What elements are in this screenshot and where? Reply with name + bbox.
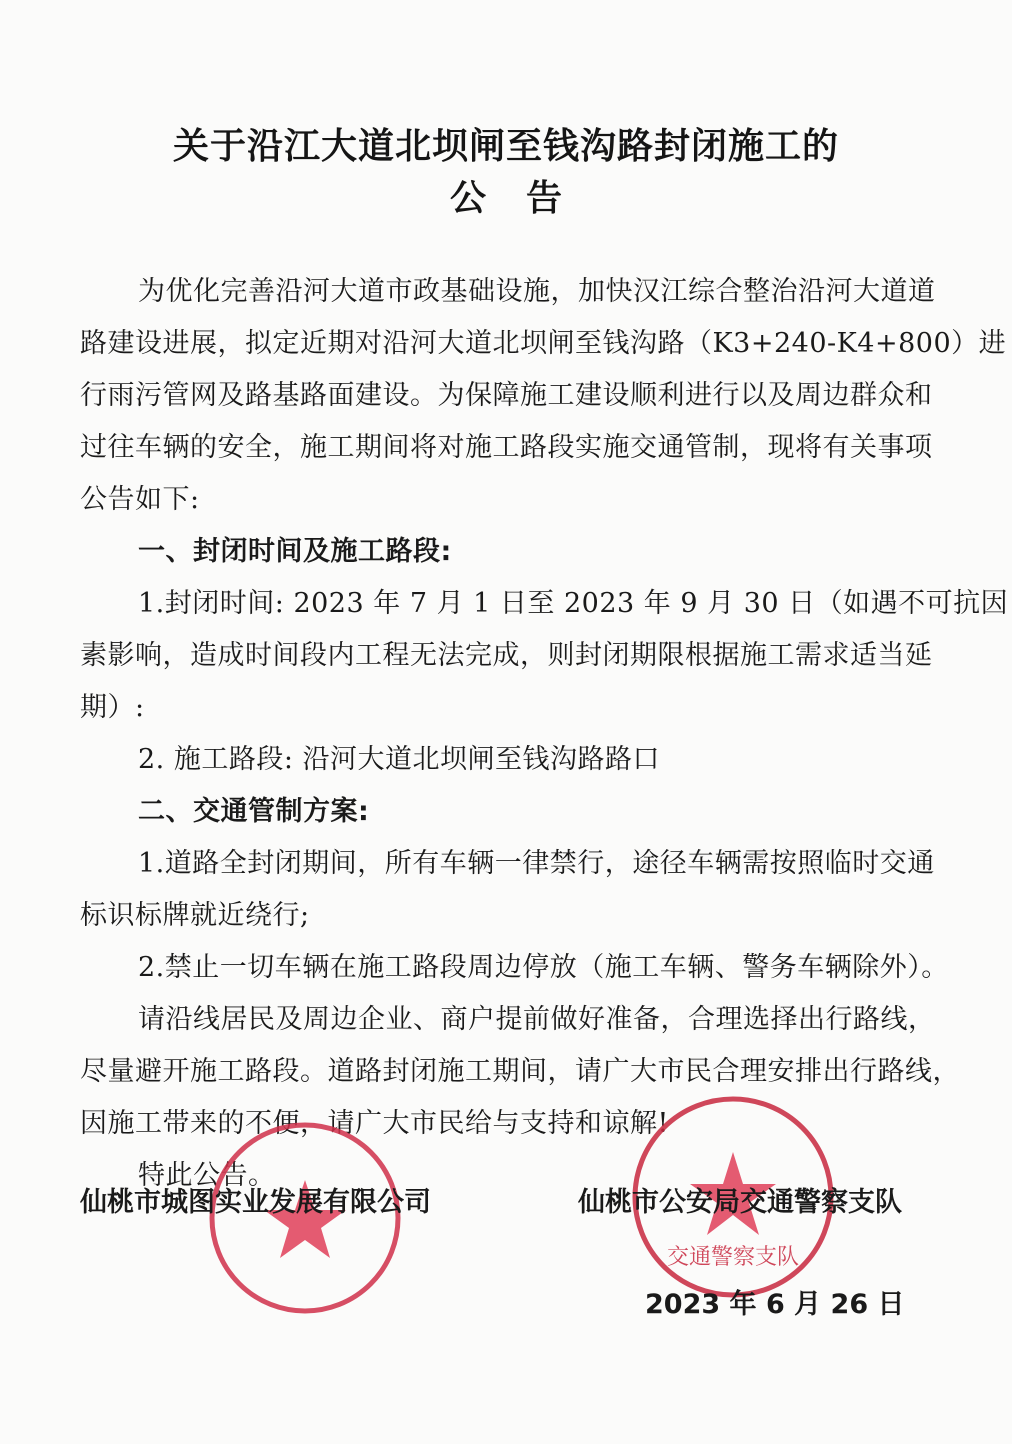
- section2-heading: 二、交通管制方案:: [138, 798, 1008, 825]
- document-title: 关于沿江大道北坝闸至钱沟路封闭施工的: [0, 118, 1012, 169]
- section2-item1-line: 标识标牌就近绕行;: [80, 902, 950, 929]
- intro-line: 路建设进展，拟定近期对沿河大道北坝闸至钱沟路（K3+240-K4+800）进: [80, 330, 950, 357]
- section1-item1-line: 1.封闭时间: 2023 年 7 月 1 日至 2023 年 9 月 30 日（…: [138, 590, 1008, 617]
- intro-line: 过往车辆的安全，施工期间将对施工路段实施交通管制，现将有关事项: [80, 434, 950, 461]
- intro-line: 行雨污管网及路基路面建设。为保障施工建设顺利进行以及周边群众和: [80, 382, 950, 409]
- section1-item1-line: 期）:: [80, 694, 950, 721]
- section2-item2: 2.禁止一切车辆在施工路段周边停放（施工车辆、警务车辆除外）。: [138, 954, 1008, 981]
- closing-line: 请沿线居民及周边企业、商户提前做好准备，合理选择出行路线，: [138, 1006, 1008, 1033]
- section1-heading: 一、封闭时间及施工路段:: [138, 538, 1008, 565]
- document-title-subtitle: 公告: [0, 170, 1012, 221]
- closing-line: 尽量避开施工路段。道路封闭施工期间，请广大市民合理安排出行路线，: [80, 1058, 950, 1085]
- section1-item2: 2. 施工路段: 沿河大道北坝闸至钱沟路路口: [138, 746, 1008, 773]
- section1-item1-line: 素影响，造成时间段内工程无法完成，则封闭期限根据施工需求适当延: [80, 642, 950, 669]
- intro-line: 公告如下:: [80, 486, 950, 513]
- document-date: 2023 年 6 月 26 日: [645, 1282, 905, 1321]
- signatory-police: 仙桃市公安局交通警察支队: [578, 1180, 902, 1219]
- intro-line: 为优化完善沿河大道市政基础设施，加快汉江综合整治沿河大道道: [138, 278, 1008, 305]
- section2-item1-line: 1.道路全封闭期间，所有车辆一律禁行，途径车辆需按照临时交通: [138, 850, 1008, 877]
- signatory-company: 仙桃市城图实业发展有限公司: [80, 1180, 431, 1219]
- svg-text:交通警察支队: 交通警察支队: [667, 1245, 799, 1270]
